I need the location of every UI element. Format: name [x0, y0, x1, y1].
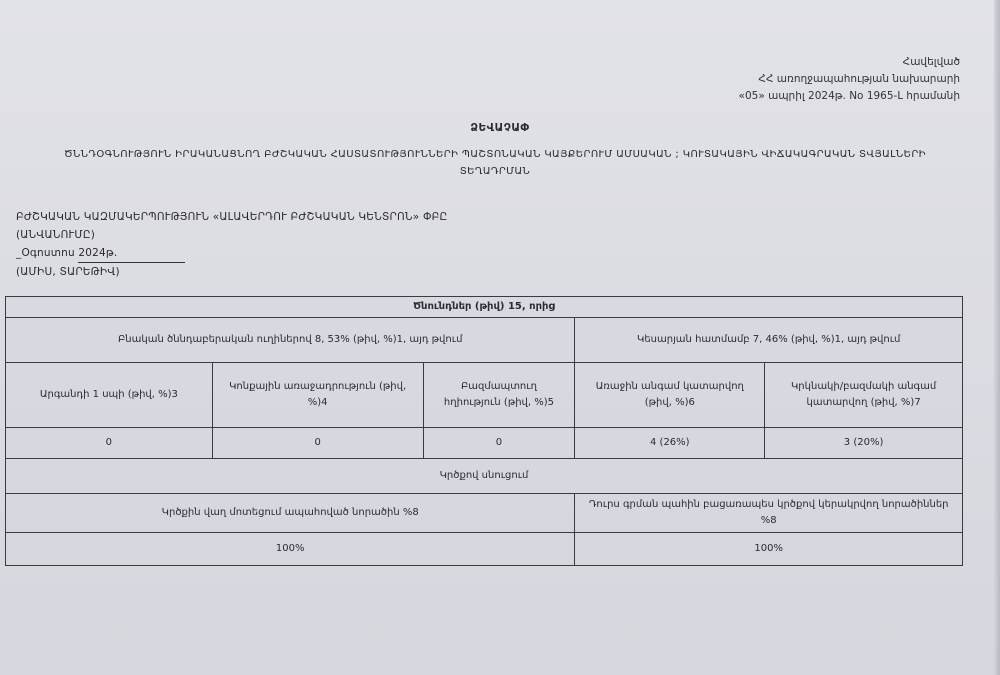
header-exclusive-breastfeeding: Դուրս գրման պահին բացառապես կրծքով կերակ…	[575, 494, 963, 533]
period-caption: (ԱՄԻՍ, ՏԱՐԵԹԻՎ)	[16, 263, 447, 281]
table-row-values: 0 0 0 4 (26%) 3 (20%)	[6, 428, 963, 459]
organization-name-caption: (ԱՆՎԱՆՈՒՄԸ)	[16, 226, 447, 244]
header-uterine-scar: Արգանդի 1 սպի (թիվ, %)3	[6, 363, 213, 428]
document-subtitle: ԾՆՆԴՕԳՆՈՒԹՅՈՒՆ ԻՐԱԿԱՆԱՑՆՈՂ ԲԺՇԿԱԿԱՆ ՀԱՍՏ…	[30, 146, 960, 180]
value-breech: 0	[212, 428, 423, 459]
table-row-breastfeeding-headers: Կրծքին վաղ մոտեցում ապահոված նորածին %8 …	[6, 494, 963, 533]
births-report-table: Ծնունդներ (թիվ) 15, որից Բնական ծննդաբեր…	[5, 296, 963, 566]
period-month: Օգոստոս	[21, 247, 78, 259]
approval-block: Հավելված ՀՀ առողջապահության նախարարի «05…	[739, 54, 960, 105]
period-year: 2024թ.	[78, 244, 185, 263]
value-repeat-cesarean: 3 (20%)	[765, 428, 963, 459]
organization-block: ԲԺՇԿԱԿԱՆ ԿԱԶՄԱԿԵՐՊՈՒԹՅՈՒՆ «ԱԼԱՎԵՐԴՈՒ ԲԺՇ…	[16, 208, 447, 281]
value-multiple-pregnancy: 0	[423, 428, 575, 459]
value-uterine-scar: 0	[6, 428, 213, 459]
header-breech: Կոնքային առաջադրություն (թիվ, %)4	[212, 363, 423, 428]
table-row-breastfeeding-section: Կրծքով սնուցում	[6, 459, 963, 494]
header-repeat-cesarean: Կրկնակի/բազմակի անգամ կատարվող (թիվ, %)7	[765, 363, 963, 428]
approval-order: «05» ապրիլ 2024թ. No 1965-Լ հրամանի	[739, 88, 960, 105]
table-row-breastfeeding-values: 100% 100%	[6, 533, 963, 566]
document-title: ՁԵՎԱՉԱՓ	[0, 122, 1000, 134]
table-row-total: Ծնունդներ (թիվ) 15, որից	[6, 297, 963, 318]
approval-ministry: ՀՀ առողջապահության նախարարի	[739, 71, 960, 88]
cesarean-births-cell: Կեսարյան հատմամբ 7, 46% (թիվ, %)1, այդ թ…	[575, 318, 963, 363]
paper-edge	[994, 0, 1000, 675]
header-multiple-pregnancy: Բազմապտուղ հղիություն (թիվ, %)5	[423, 363, 575, 428]
total-births-cell: Ծնունդներ (թիվ) 15, որից	[6, 297, 963, 318]
approval-label: Հավելված	[739, 54, 960, 71]
reporting-period: _Օգոստոս 2024թ.	[16, 244, 447, 263]
table-row-headers: Արգանդի 1 սպի (թիվ, %)3 Կոնքային առաջադր…	[6, 363, 963, 428]
value-first-cesarean: 4 (26%)	[575, 428, 765, 459]
header-early-breastfeeding: Կրծքին վաղ մոտեցում ապահոված նորածին %8	[6, 494, 575, 533]
header-first-cesarean: Առաջին անգամ կատարվող (թիվ, %)6	[575, 363, 765, 428]
breastfeeding-section-cell: Կրծքով սնուցում	[6, 459, 963, 494]
organization-name: ԲԺՇԿԱԿԱՆ ԿԱԶՄԱԿԵՐՊՈՒԹՅՈՒՆ «ԱԼԱՎԵՐԴՈՒ ԲԺՇ…	[16, 208, 447, 226]
natural-births-cell: Բնական ծննդաբերական ուղիներով 8, 53% (թի…	[6, 318, 575, 363]
table-row-delivery-methods: Բնական ծննդաբերական ուղիներով 8, 53% (թի…	[6, 318, 963, 363]
value-early-breastfeeding: 100%	[6, 533, 575, 566]
value-exclusive-breastfeeding: 100%	[575, 533, 963, 566]
